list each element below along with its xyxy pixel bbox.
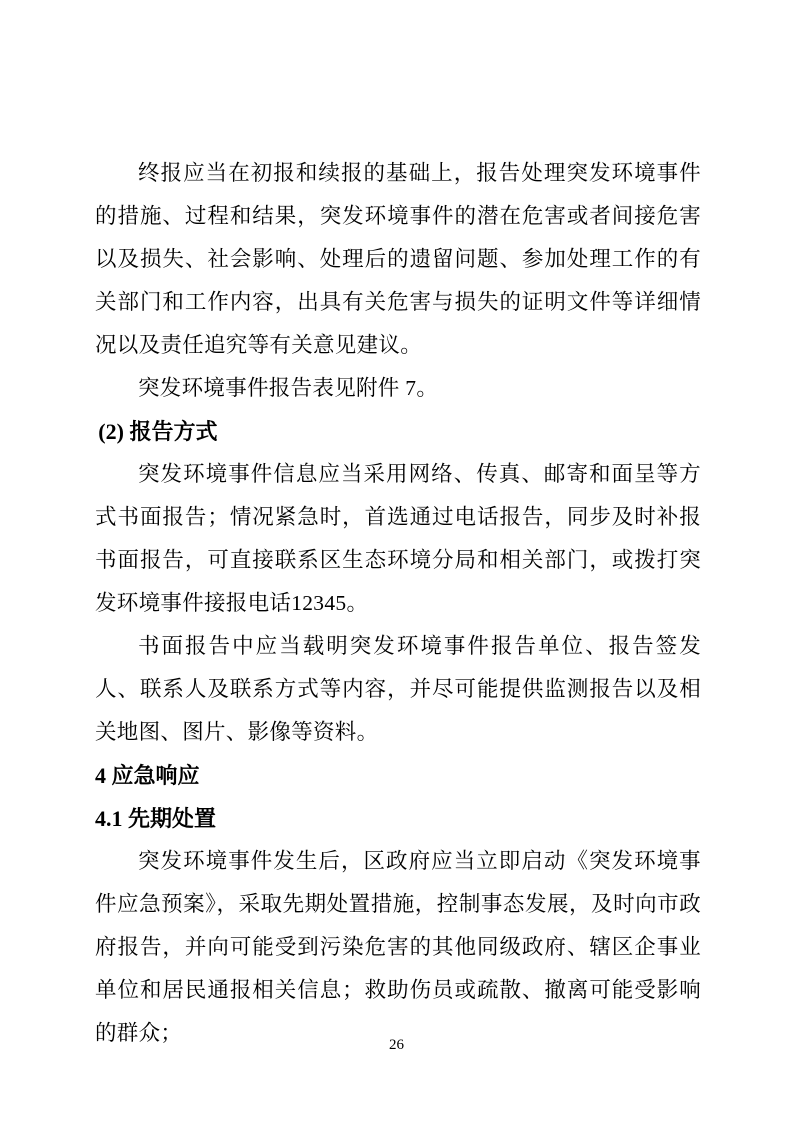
- paragraph-written-report-contents: 书面报告中应当载明突发环境事件报告单位、报告签发人、联系人及联系方式等内容，并尽…: [95, 625, 701, 754]
- page-footer: 26: [0, 1036, 793, 1054]
- paragraph-initial-disposal-measures: 突发环境事件发生后，区政府应当立即启动《突发环境事件应急预案》，采取先期处置措施…: [95, 840, 701, 1055]
- section-heading-initial-disposal: 4.1 先期处置: [95, 797, 701, 840]
- paragraph-report-channels: 突发环境事件信息应当采用网络、传真、邮寄和面呈等方式书面报告；情况紧急时，首选通…: [95, 453, 701, 625]
- paragraph-final-report-requirements: 终报应当在初报和续报的基础上，报告处理突发环境事件的措施、过程和结果，突发环境事…: [95, 152, 701, 367]
- document-page: 终报应当在初报和续报的基础上，报告处理突发环境事件的措施、过程和结果，突发环境事…: [0, 0, 793, 1122]
- section-heading-report-method: (2) 报告方式: [95, 410, 701, 453]
- document-body: 终报应当在初报和续报的基础上，报告处理突发环境事件的措施、过程和结果，突发环境事…: [95, 152, 701, 1055]
- section-heading-emergency-response: 4 应急响应: [95, 754, 701, 797]
- paragraph-report-form-attachment: 突发环境事件报告表见附件 7。: [95, 367, 701, 410]
- page-number: 26: [389, 1037, 404, 1053]
